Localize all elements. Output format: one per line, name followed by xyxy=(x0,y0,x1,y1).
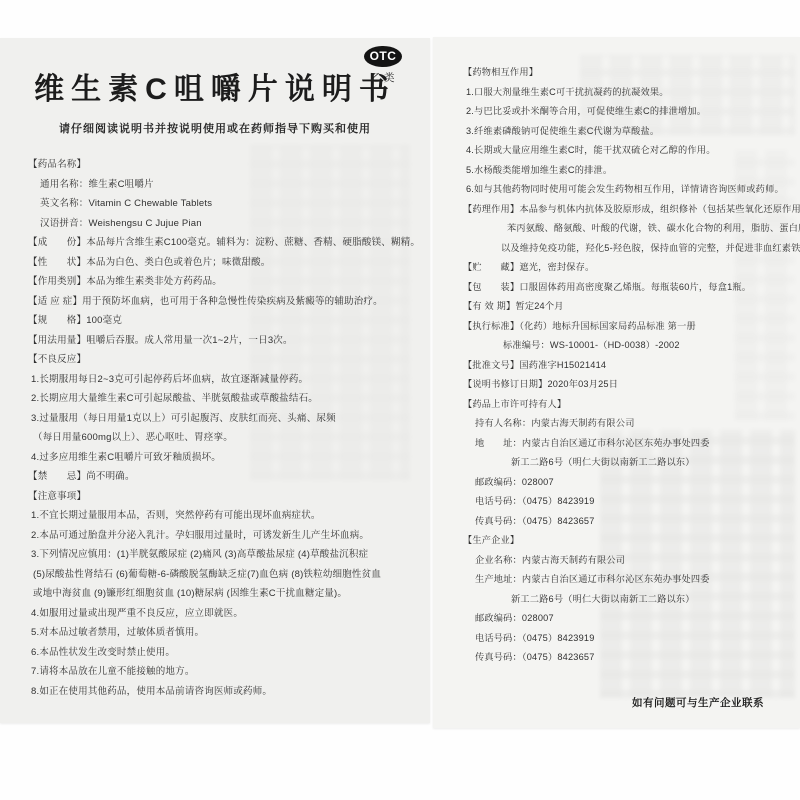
text-line: 4.过多应用维生素C咀嚼片可致牙釉质损坏。 xyxy=(28,448,430,468)
otc-logo: OTC xyxy=(364,46,402,67)
text-line: 【性 状】本品为白色、类白色或着色片；味微甜酸。 xyxy=(28,253,430,273)
text-line: 【药物相互作用】 xyxy=(463,63,800,83)
leaflet-left-page: OTC 乙类 维生素C咀嚼片说明书 请仔细阅读说明书并按说明使用或在药师指导下购… xyxy=(0,38,430,723)
text-line: 3.下列情况应慎用：(1)半胱氨酸尿症 (2)痛风 (3)高草酸盐尿症 (4)草… xyxy=(28,545,430,565)
text-line: 2.长期应用大量维生素C可引起尿酸盐、半胱氨酸盐或草酸盐结石。 xyxy=(28,389,430,409)
right-text-column: 【药物相互作用】1.口服大剂量维生素C可干扰抗凝药的抗凝效果。2.与巴比妥或扑米… xyxy=(433,63,800,668)
otc-badge: OTC 乙类 xyxy=(364,46,404,85)
text-line: 【适 应 症】用于预防坏血病，也可用于各种急慢性传染疾病及紫癜等的辅助治疗。 xyxy=(28,292,430,312)
text-line: 【不良反应】 xyxy=(28,350,430,370)
text-line: 企业名称：内蒙古海天制药有限公司 xyxy=(463,551,800,571)
text-line: 【有 效 期】暂定24个月 xyxy=(463,297,800,317)
text-line: 3.纤维素磷酸钠可促使维生素C代谢为草酸盐。 xyxy=(463,122,800,142)
text-line: 1.长期服用每日2~3克可引起停药后坏血病，故宜逐渐减量停药。 xyxy=(28,370,430,390)
text-line: 生产地址：内蒙古自治区通辽市科尔沁区东苑办事处四委 xyxy=(463,570,800,590)
text-line: 【药理作用】本品参与机体内抗体及胶原形成，组织修补（包括某些氧化还原作用）， xyxy=(463,200,800,220)
text-line: 【执行标准】（化药）地标升国标国家局药品标准 第一册 xyxy=(463,317,800,337)
text-line: 3.过量服用（每日用量1克以上）可引起腹泻、皮肤红而亮、头痛、尿频 xyxy=(28,409,430,429)
text-line: (5)尿酸盐性肾结石 (6)葡萄糖-6-磷酸脱氢酶缺乏症(7)血色病 (8)铁粒… xyxy=(28,565,430,585)
document-subtitle: 请仔细阅读说明书并按说明使用或在药师指导下购买和使用 xyxy=(0,120,430,136)
text-line: 传真号码：（0475）8423657 xyxy=(463,512,800,532)
text-line: 5.水杨酸类能增加维生素C的排泄。 xyxy=(463,161,800,181)
text-line: 6.如与其他药物同时使用可能会发生药物相互作用，详情请咨询医师或药师。 xyxy=(463,180,800,200)
text-line: 4.长期或大量应用维生素C时，能干扰双硫仑对乙醇的作用。 xyxy=(463,141,800,161)
text-line: 【生产企业】 xyxy=(463,531,800,551)
text-line: 地 址：内蒙古自治区通辽市科尔沁区东苑办事处四委 xyxy=(463,434,800,454)
leaflet-right-page: 【药物相互作用】1.口服大剂量维生素C可干扰抗凝药的抗凝效果。2.与巴比妥或扑米… xyxy=(433,37,800,728)
text-line: （每日用量600mg以上）、恶心呕吐、胃痉挛。 xyxy=(28,428,430,448)
text-line: 【说明书修订日期】2020年03月25日 xyxy=(463,375,800,395)
contact-manufacturer-note: 如有问题可与生产企业联系 xyxy=(632,695,764,710)
text-line: 苯丙氨酸、酪氨酸、叶酸的代谢，铁、碳水化合物的利用，脂肪、蛋白质的合成， xyxy=(463,219,800,239)
text-line: 【规 格】100毫克 xyxy=(28,311,430,331)
text-line: 【药品上市许可持有人】 xyxy=(463,395,800,415)
text-line: 传真号码：（0475）8423657 xyxy=(463,648,800,668)
text-line: 新工二路6号（明仁大街以南新工二路以东） xyxy=(463,590,800,610)
text-line: 汉语拼音：Weishengsu C Jujue Pian xyxy=(28,214,430,234)
text-line: 8.如正在使用其他药品，使用本品前请咨询医师或药师。 xyxy=(28,682,430,702)
text-line: 1.口服大剂量维生素C可干扰抗凝药的抗凝效果。 xyxy=(463,83,800,103)
left-text-column: 【药品名称】通用名称：维生素C咀嚼片英文名称：Vitamin C Chewabl… xyxy=(0,155,430,701)
text-line: 持有人名称：内蒙古海天制药有限公司 xyxy=(463,414,800,434)
text-line: 【用法用量】咀嚼后吞服。成人常用量一次1~2片，一日3次。 xyxy=(28,331,430,351)
text-line: 6.本品性状发生改变时禁止使用。 xyxy=(28,643,430,663)
text-line: 【贮 藏】遮光，密封保存。 xyxy=(463,258,800,278)
text-line: 标准编号：WS-10001-（HD-0038）-2002 xyxy=(463,336,800,356)
text-line: 【包 装】口服固体药用高密度聚乙烯瓶。每瓶装60片，每盒1瓶。 xyxy=(463,278,800,298)
text-line: 4.如服用过量或出现严重不良反应，应立即就医。 xyxy=(28,604,430,624)
text-line: 新工二路6号（明仁大街以南新工二路以东） xyxy=(463,453,800,473)
text-line: 【注意事项】 xyxy=(28,487,430,507)
otc-category-label: 乙类 xyxy=(364,70,404,85)
text-line: 邮政编码：028007 xyxy=(463,609,800,629)
text-line: 或地中海贫血 (9)镰形红细胞贫血 (10)糖尿病 (因维生素C干扰血糖定量)。 xyxy=(28,584,430,604)
text-line: 【药品名称】 xyxy=(28,155,430,175)
text-line: 【作用类别】本品为维生素类非处方药药品。 xyxy=(28,272,430,292)
text-line: 【批准文号】国药准字H15021414 xyxy=(463,356,800,376)
text-line: 电话号码：（0475）8423919 xyxy=(463,492,800,512)
text-line: 【成 份】本品每片含维生素C100毫克。辅料为：淀粉、蔗糖、香精、硬脂酸镁、糊精… xyxy=(28,233,430,253)
text-line: 2.与巴比妥或扑米酮等合用，可促使维生素C的排泄增加。 xyxy=(463,102,800,122)
text-line: 7.请将本品放在儿童不能接触的地方。 xyxy=(28,662,430,682)
text-line: 以及维持免疫功能，羟化5-羟色胺，保持血管的完整，并促进非血红素铁的吸收。 xyxy=(463,239,800,259)
text-line: 1.不宜长期过量服用本品，否则，突然停药有可能出现坏血病症状。 xyxy=(28,506,430,526)
text-line: 英文名称：Vitamin C Chewable Tablets xyxy=(28,194,430,214)
text-line: 2.本品可通过胎盘并分泌入乳汁。孕妇服用过量时，可诱发新生儿产生坏血病。 xyxy=(28,526,430,546)
text-line: 【禁 忌】尚不明确。 xyxy=(28,467,430,487)
text-line: 电话号码：（0475）8423919 xyxy=(463,629,800,649)
text-line: 邮政编码：028007 xyxy=(463,473,800,493)
text-line: 通用名称：维生素C咀嚼片 xyxy=(28,175,430,195)
text-line: 5.对本品过敏者禁用，过敏体质者慎用。 xyxy=(28,623,430,643)
